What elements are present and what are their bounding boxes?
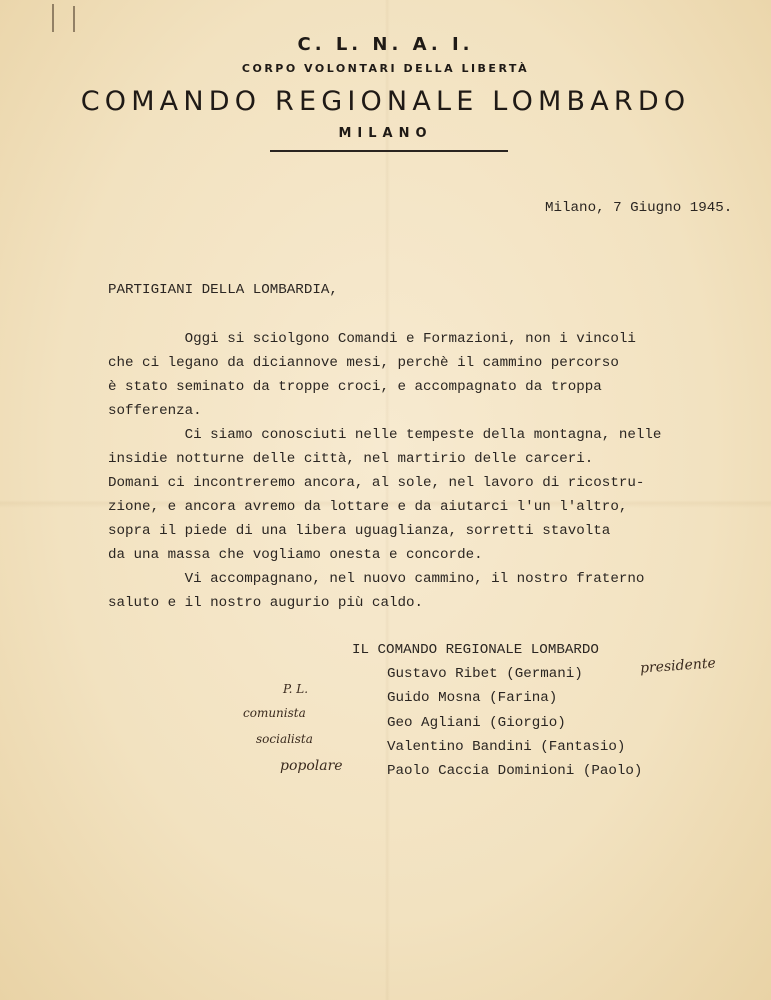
salutation: PARTIGIANI DELLA LOMBARDIA,: [108, 282, 338, 298]
pencil-mark: [73, 6, 75, 32]
letter-body: Oggi si sciolgono Comandi e Formazioni, …: [108, 327, 668, 615]
signatory: Gustavo Ribet (Germani): [352, 662, 642, 686]
body-line: sopra il piede di una libera uguaglianza…: [108, 519, 668, 543]
body-line: Domani ci incontreremo ancora, al sole, …: [108, 471, 668, 495]
letterhead-divider: [270, 150, 508, 152]
body-line: Vi accompagnano, nel nuovo cammino, il n…: [108, 567, 668, 591]
body-line: zione, e ancora avremo da lottare e da a…: [108, 495, 668, 519]
body-line: insidie notturne delle città, nel martir…: [108, 447, 668, 471]
letterhead-acronym: C. L. N. A. I.: [0, 34, 771, 55]
handwritten-note-socialista: socialista: [256, 732, 313, 746]
handwritten-note-pl: P. L.: [283, 682, 308, 696]
signatory: Paolo Caccia Dominioni (Paolo): [352, 759, 642, 783]
letterhead-corps: CORPO VOLONTARI DELLA LIBERTÀ: [0, 62, 771, 75]
letter-date: Milano, 7 Giugno 1945.: [545, 200, 732, 216]
pencil-mark: [52, 4, 54, 32]
body-line: sofferenza.: [108, 399, 668, 423]
letterhead-command: COMANDO REGIONALE LOMBARDO: [0, 86, 771, 117]
body-line: saluto e il nostro augurio più caldo.: [108, 591, 668, 615]
signature-heading: IL COMANDO REGIONALE LOMBARDO: [352, 638, 642, 662]
letterhead-city: MILANO: [0, 126, 771, 141]
signatory: Valentino Bandini (Fantasio): [352, 735, 642, 759]
signatory: Guido Mosna (Farina): [352, 686, 642, 710]
handwritten-note-comunista: comunista: [243, 706, 306, 720]
body-line: che ci legano da diciannove mesi, perchè…: [108, 351, 668, 375]
body-line: da una massa che vogliamo onesta e conco…: [108, 543, 668, 567]
body-line: Oggi si sciolgono Comandi e Formazioni, …: [108, 327, 668, 351]
body-line: Ci siamo conosciuti nelle tempeste della…: [108, 423, 668, 447]
handwritten-note-popolare: popolare: [280, 758, 343, 774]
signature-block: IL COMANDO REGIONALE LOMBARDO Gustavo Ri…: [352, 638, 642, 783]
signatory: Geo Agliani (Giorgio): [352, 711, 642, 735]
body-line: è stato seminato da troppe croci, e acco…: [108, 375, 668, 399]
